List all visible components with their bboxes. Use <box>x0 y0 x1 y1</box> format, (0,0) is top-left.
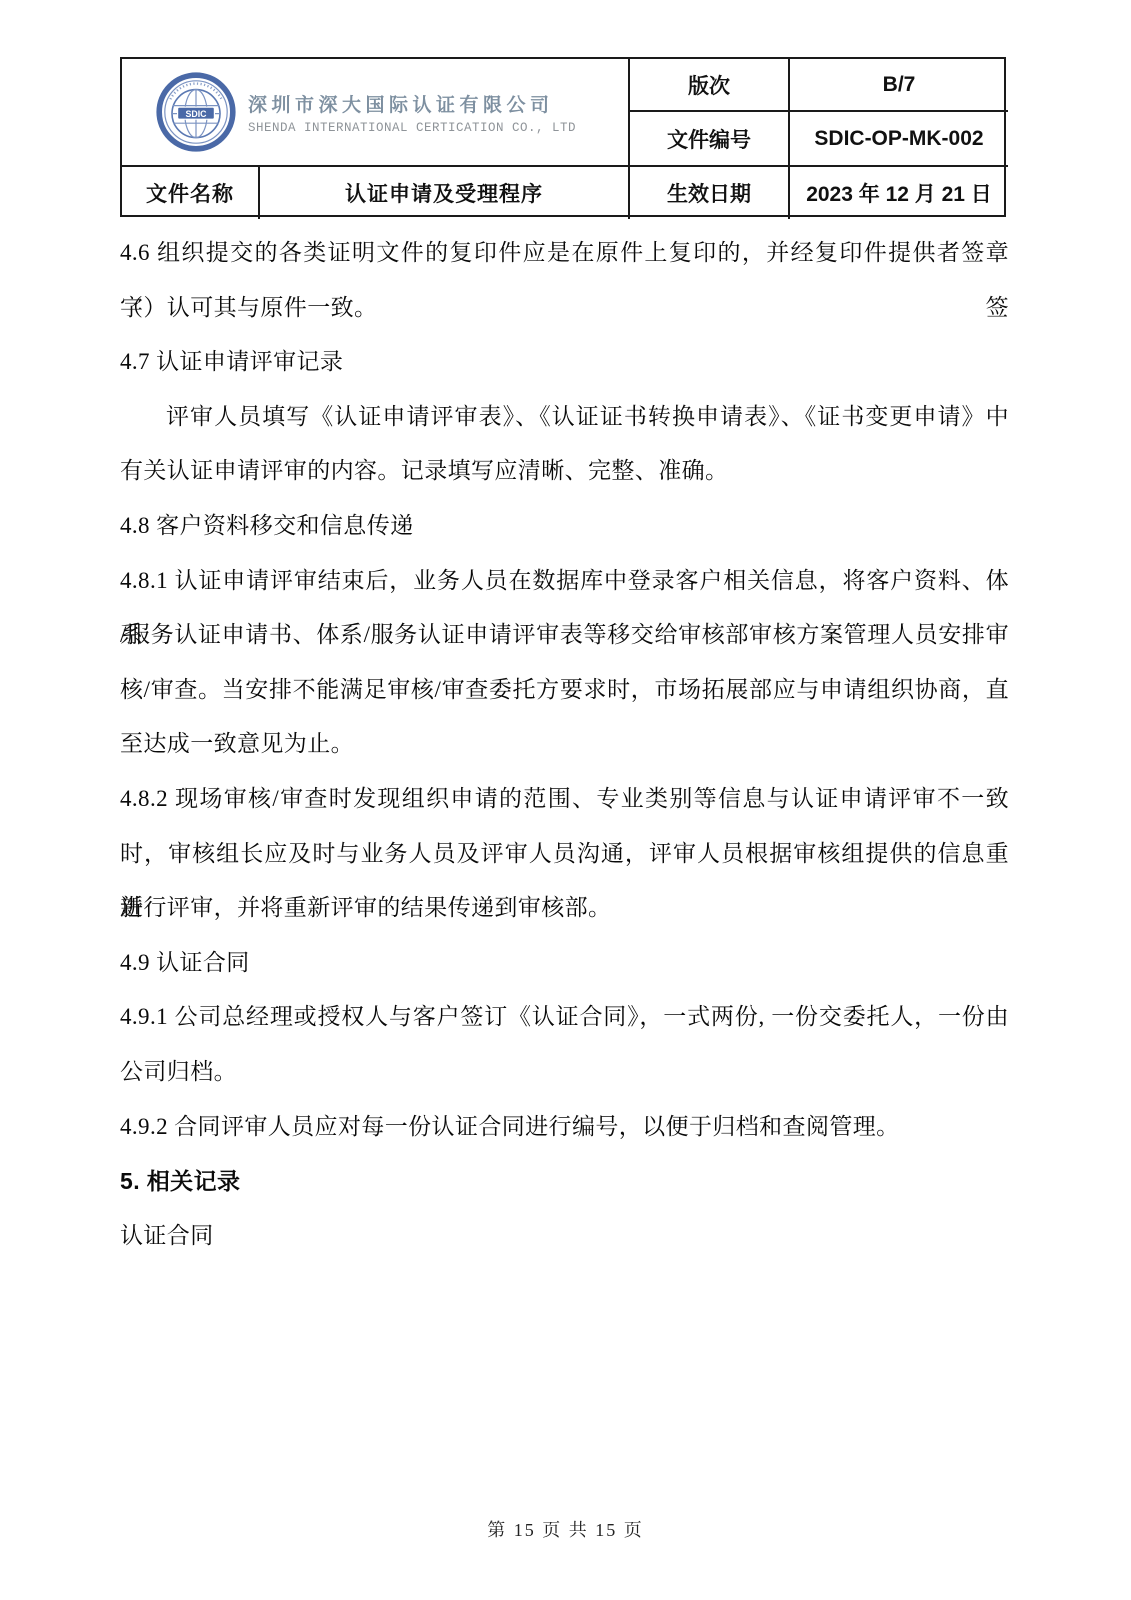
document-page: SDIC 深圳市深大国际认证有限公司 SHENDA INTERNATIONAL … <box>0 0 1131 1600</box>
header-table: SDIC 深圳市深大国际认证有限公司 SHENDA INTERNATIONAL … <box>120 57 1006 217</box>
doc-name-value: 认证申请及受理程序 <box>260 167 630 219</box>
version-value: B/7 <box>790 59 1008 112</box>
company-logo-globe-icon: SDIC <box>156 71 236 153</box>
text-line: 有关认证申请评审的内容。记录填写应清晰、完整、准确。 <box>120 444 1009 499</box>
text-line: 认证合同 <box>120 1209 1009 1264</box>
version-label: 版次 <box>630 59 790 112</box>
text-line: 4.6 组织提交的各类证明文件的复印件应是在原件上复印的，并经复印件提供者签章（… <box>120 226 1009 281</box>
doc-number-value: SDIC-OP-MK-002 <box>790 112 1008 167</box>
text-line: 进行评审，并将重新评审的结果传递到审核部。 <box>120 881 1009 936</box>
page-number: 第 15 页 共 15 页 <box>0 1516 1131 1542</box>
text-line: 评审人员填写《认证申请评审表》、《认证证书转换申请表》、《证书变更申请》中 <box>120 390 1009 445</box>
company-name-en: SHENDA INTERNATIONAL CERTICATION CO., LT… <box>248 121 576 135</box>
body-text: 4.6 组织提交的各类证明文件的复印件应是在原件上复印的，并经复印件提供者签章（… <box>120 226 1009 1263</box>
text-line: 4.9.1 公司总经理或授权人与客户签订《认证合同》，一式两份, 一份交委托人，… <box>120 990 1009 1045</box>
text-line: 公司归档。 <box>120 1045 1009 1100</box>
text-line: 4.8 客户资料移交和信息传递 <box>120 499 1009 554</box>
text-line: 5. 相关记录 <box>120 1154 1009 1209</box>
effective-date-value: 2023 年 12 月 21 日 <box>790 167 1008 219</box>
doc-name-label: 文件名称 <box>122 167 260 219</box>
text-line: 4.9 认证合同 <box>120 936 1009 991</box>
text-line: 4.9.2 合同评审人员应对每一份认证合同进行编号，以便于归档和查阅管理。 <box>120 1100 1009 1155</box>
company-header-cell: SDIC 深圳市深大国际认证有限公司 SHENDA INTERNATIONAL … <box>122 59 630 167</box>
effective-date-label: 生效日期 <box>630 167 790 219</box>
company-name-block: 深圳市深大国际认证有限公司 SHENDA INTERNATIONAL CERTI… <box>248 90 576 135</box>
logo-badge-text: SDIC <box>185 109 207 119</box>
text-line: /服务认证申请书、体系/服务认证申请评审表等移交给审核部审核方案管理人员安排审 <box>120 608 1009 663</box>
text-line: 至达成一致意见为止。 <box>120 717 1009 772</box>
text-line: 核/审查。当安排不能满足审核/审查委托方要求时，市场拓展部应与申请组织协商，直 <box>120 663 1009 718</box>
text-line: 时，审核组长应及时与业务人员及评审人员沟通，评审人员根据审核组提供的信息重新 <box>120 827 1009 882</box>
text-line: 4.8.1 认证申请评审结束后，业务人员在数据库中登录客户相关信息，将客户资料、… <box>120 554 1009 609</box>
text-line: 4.7 认证申请评审记录 <box>120 335 1009 390</box>
text-line: 4.8.2 现场审核/审查时发现组织申请的范围、专业类别等信息与认证申请评审不一… <box>120 772 1009 827</box>
doc-number-label: 文件编号 <box>630 112 790 167</box>
company-name-cn: 深圳市深大国际认证有限公司 <box>248 90 576 117</box>
